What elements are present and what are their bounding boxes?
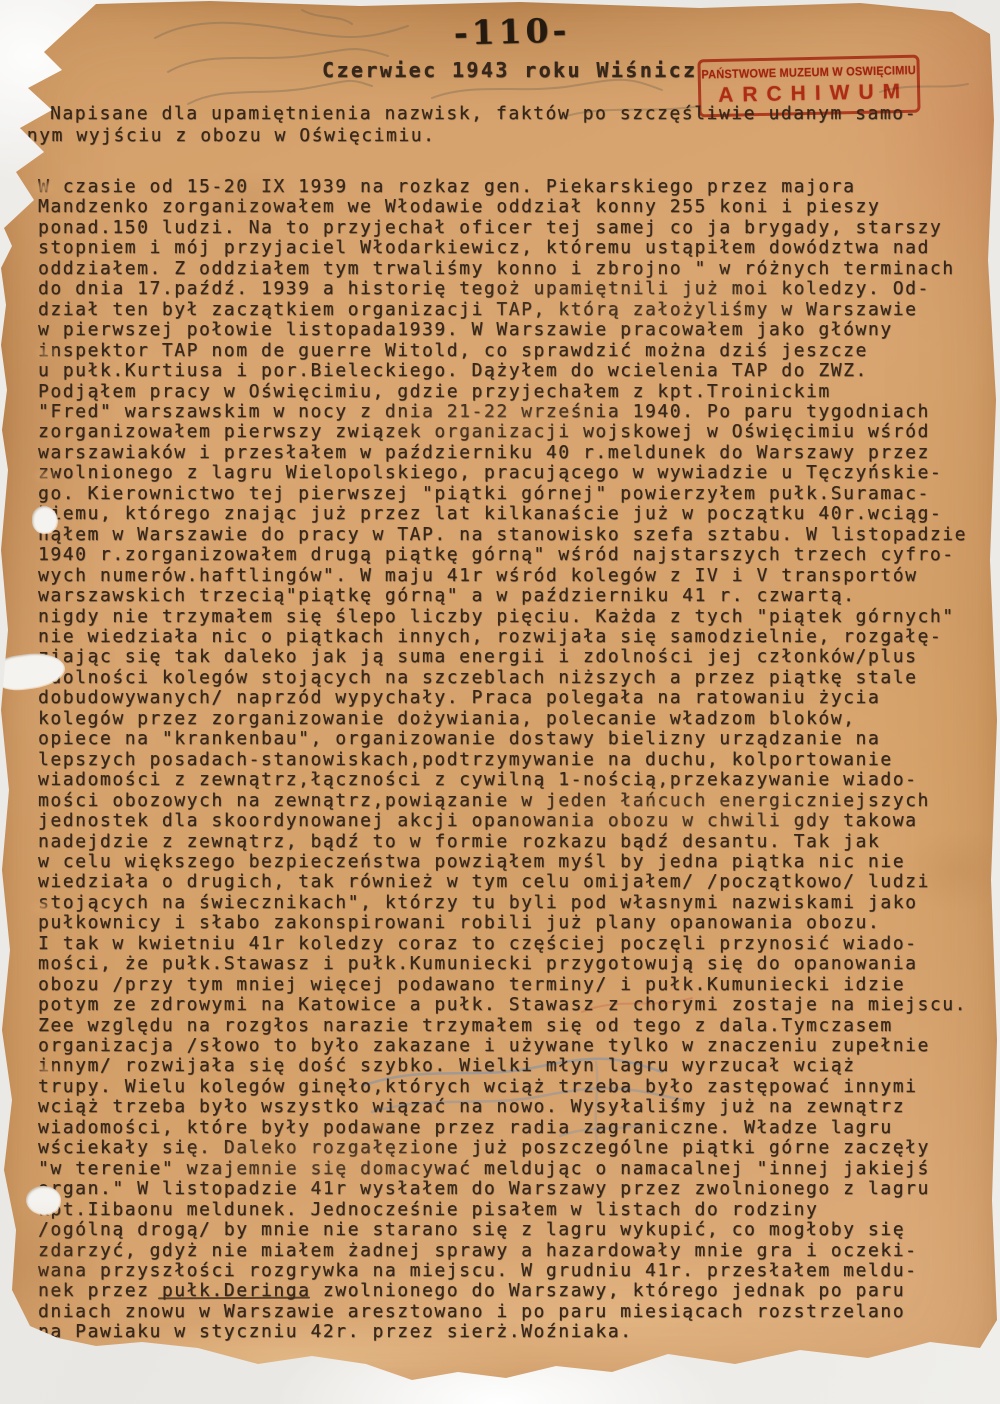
scan-background: { "page": { "number": "-110-", "title": … [0,0,1000,1404]
intro-line-2: olnym wyjściu z obozu w Oświęcimiu. [2,126,436,146]
paper-hole [32,506,57,533]
margin-note: 2 [1,1219,18,1245]
document-page: -110- Czerwiec 1943 roku Wiśnicz PAŃSTWO… [0,0,1000,1404]
stamp-institution-line: PAŃSTWOWE MUZEUM W OSWIĘCIMIU [701,64,917,82]
body-text: W czasie od 15-20 IX 1939 na rozkaz gen.… [38,177,988,1343]
page-number: -110- [452,10,573,52]
document-title: Czerwiec 1943 roku Wiśnicz [322,58,697,82]
intro-line-1: Napisane dla upamiętnienia nazwisk, fakt… [50,104,917,124]
